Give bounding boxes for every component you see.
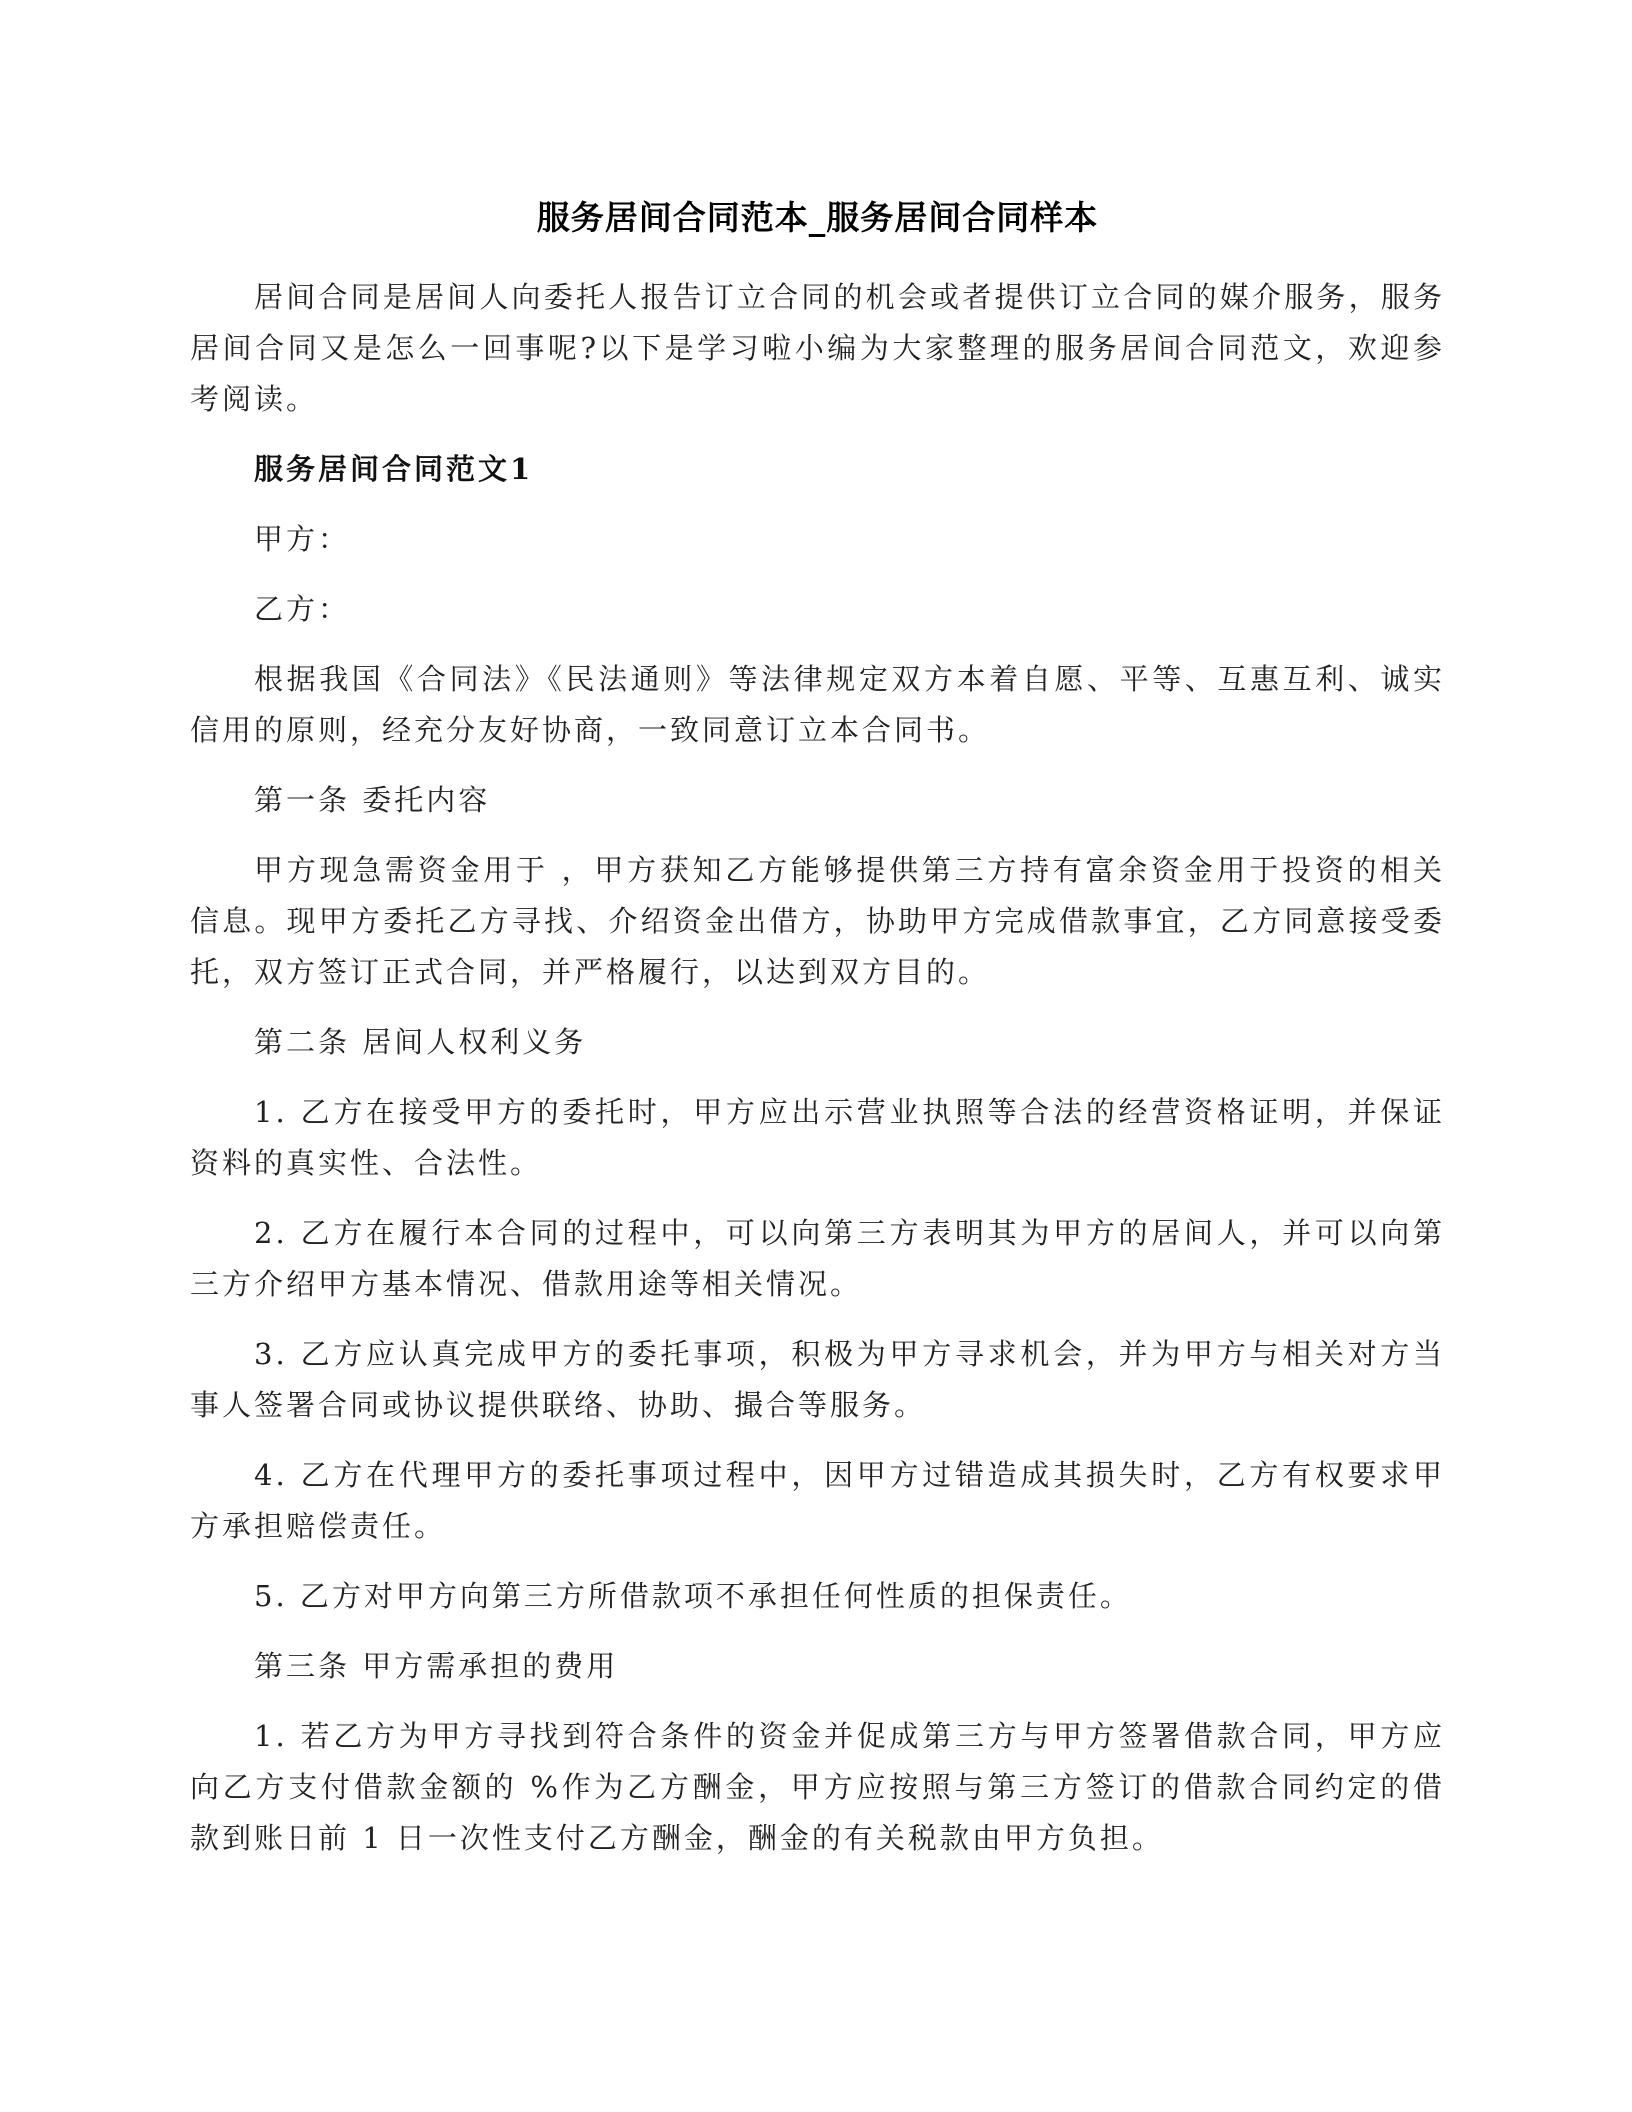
article-2-heading: 第二条 居间人权利义务 — [190, 1017, 1445, 1068]
article-2-clause-2: 2. 乙方在履行本合同的过程中，可以向第三方表明其为甲方的居间人，并可以向第三方… — [190, 1208, 1445, 1310]
article-2-clause-5: 5. 乙方对甲方向第三方所借款项不承担任何性质的担保责任。 — [190, 1571, 1445, 1622]
party-b-line: 乙方： — [190, 584, 1445, 635]
document-title: 服务居间合同范本_服务居间合同样本 — [190, 195, 1445, 241]
article-3-clause-1: 1. 若乙方为甲方寻找到符合条件的资金并促成第三方与甲方签署借款合同，甲方应向乙… — [190, 1711, 1445, 1864]
intro-paragraph: 居间合同是居间人向委托人报告订立合同的机会或者提供订立合同的媒介服务，服务居间合… — [190, 272, 1445, 425]
document-page: 服务居间合同范本_服务居间合同样本 居间合同是居间人向委托人报告订立合同的机会或… — [0, 0, 1632, 2112]
article-2-clause-4: 4. 乙方在代理甲方的委托事项过程中，因甲方过错造成其损失时，乙方有权要求甲方承… — [190, 1450, 1445, 1552]
article-2-clause-1: 1. 乙方在接受甲方的委托时，甲方应出示营业执照等合法的经营资格证明，并保证资料… — [190, 1087, 1445, 1189]
article-3-heading: 第三条 甲方需承担的费用 — [190, 1641, 1445, 1692]
article-1-clause-1: 甲方现急需资金用于 ，甲方获知乙方能够提供第三方持有富余资金用于投资的相关信息。… — [190, 845, 1445, 998]
party-a-line: 甲方： — [190, 514, 1445, 565]
preamble-paragraph: 根据我国《合同法》《民法通则》等法律规定双方本着自愿、平等、互惠互利、诚实信用的… — [190, 654, 1445, 756]
sample-heading: 服务居间合同范文1 — [190, 444, 1445, 495]
article-1-heading: 第一条 委托内容 — [190, 775, 1445, 826]
article-2-clause-3: 3. 乙方应认真完成甲方的委托事项，积极为甲方寻求机会，并为甲方与相关对方当事人… — [190, 1329, 1445, 1431]
